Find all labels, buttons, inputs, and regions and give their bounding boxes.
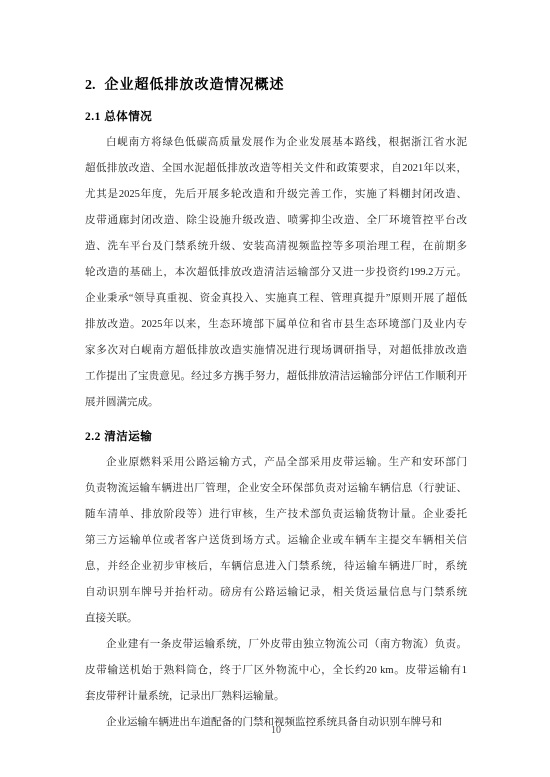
- text-line: 皮带通廊封闭改造、除尘设施升级改造、喷雾抑尘改造、全厂环境管控平台改: [85, 208, 467, 234]
- text-line: 皮带输送机始于熟料筒仓，终于厂区外物流中心，全长约20 km。皮带运输有1: [85, 658, 467, 684]
- document-page: 2.企业超低排放改造情况概述 2.1 总体情况 白岘南方将绿色低碳高质量发展作为…: [0, 0, 550, 777]
- text-line: 尤其是2025年度，先后开展多轮改造和升级完善工作，实施了料棚封闭改造、: [85, 182, 467, 208]
- section-clean-transport: 2.2 清洁运输 企业原燃料采用公路运输方式，产品全部采用皮带运输。生产和安环部…: [85, 428, 467, 736]
- page-content: 2.企业超低排放改造情况概述 2.1 总体情况 白岘南方将绿色低碳高质量发展作为…: [85, 76, 467, 736]
- section-heading-2-2: 2.2 清洁运输: [85, 428, 467, 446]
- paragraph: 企业建有一条皮带运输系统，厂外皮带由独立物流公司（南方物流）负责。皮带输送机始于…: [85, 632, 467, 710]
- text-line: 自动识别车牌号并抬杆动。磅房有公路运输记录，相关货运量信息与门禁系统: [85, 580, 467, 606]
- text-line: 套皮带秤计量系统，记录出厂熟料运输量。: [85, 684, 467, 710]
- text-line: 家多次对白岘南方超低排放改造实施情况进行现场调研指导，对超低排放改造: [85, 338, 467, 364]
- text-line: 轮改造的基础上，本次超低排放改造清洁运输部分又进一步投资约199.2万元。: [85, 260, 467, 286]
- text-line: 超低排放改造、全国水泥超低排放改造等相关文件和政策要求，自2021年以来，: [85, 156, 467, 182]
- chapter-number: 2.: [85, 78, 96, 93]
- paragraph: 白岘南方将绿色低碳高质量发展作为企业发展基本路线，根据浙江省水泥超低排放改造、全…: [85, 130, 467, 416]
- chapter-title: 2.企业超低排放改造情况概述: [85, 76, 467, 96]
- text-line: 第三方运输单位或者客户送货到场方式。运输企业或车辆车主提交车辆相关信: [85, 528, 467, 554]
- text-line: 随车清单、排放阶段等）进行审核，生产技术部负责运输货物计量。企业委托: [85, 502, 467, 528]
- text-line: 息，并经企业初步审核后，车辆信息进入门禁系统，待运输车辆进厂时，系统: [85, 554, 467, 580]
- text-line: 企业原燃料采用公路运输方式，产品全部采用皮带运输。生产和安环部门: [85, 450, 467, 476]
- text-line: 展并圆满完成。: [85, 390, 467, 416]
- text-line: 企业建有一条皮带运输系统，厂外皮带由独立物流公司（南方物流）负责。: [85, 632, 467, 658]
- section-heading-2-1: 2.1 总体情况: [85, 108, 467, 126]
- text-line: 负责物流运输车辆进出厂管理，企业安全环保部负责对运输车辆信息（行驶证、: [85, 476, 467, 502]
- text-line: 直接关联。: [85, 606, 467, 632]
- text-line: 造、洗车平台及门禁系统升级、安装高清视频监控等多项治理工程，在前期多: [85, 234, 467, 260]
- text-line: 工作提出了宝贵意见。经过多方携手努力，超低排放清洁运输部分评估工作顺利开: [85, 364, 467, 390]
- text-line: 白岘南方将绿色低碳高质量发展作为企业发展基本路线，根据浙江省水泥: [85, 130, 467, 156]
- text-line: 排放改造。2025年以来，生态环境部下属单位和省市县生态环境部门及业内专: [85, 312, 467, 338]
- paragraph: 企业原燃料采用公路运输方式，产品全部采用皮带运输。生产和安环部门负责物流运输车辆…: [85, 450, 467, 632]
- chapter-title-text: 企业超低排放改造情况概述: [105, 78, 285, 93]
- text-line: 企业秉承“领导真重视、资金真投入、实施真工程、管理真提升”原则开展了超低: [85, 286, 467, 312]
- section-overall-situation: 2.1 总体情况 白岘南方将绿色低碳高质量发展作为企业发展基本路线，根据浙江省水…: [85, 108, 467, 416]
- page-number: 10: [85, 724, 467, 738]
